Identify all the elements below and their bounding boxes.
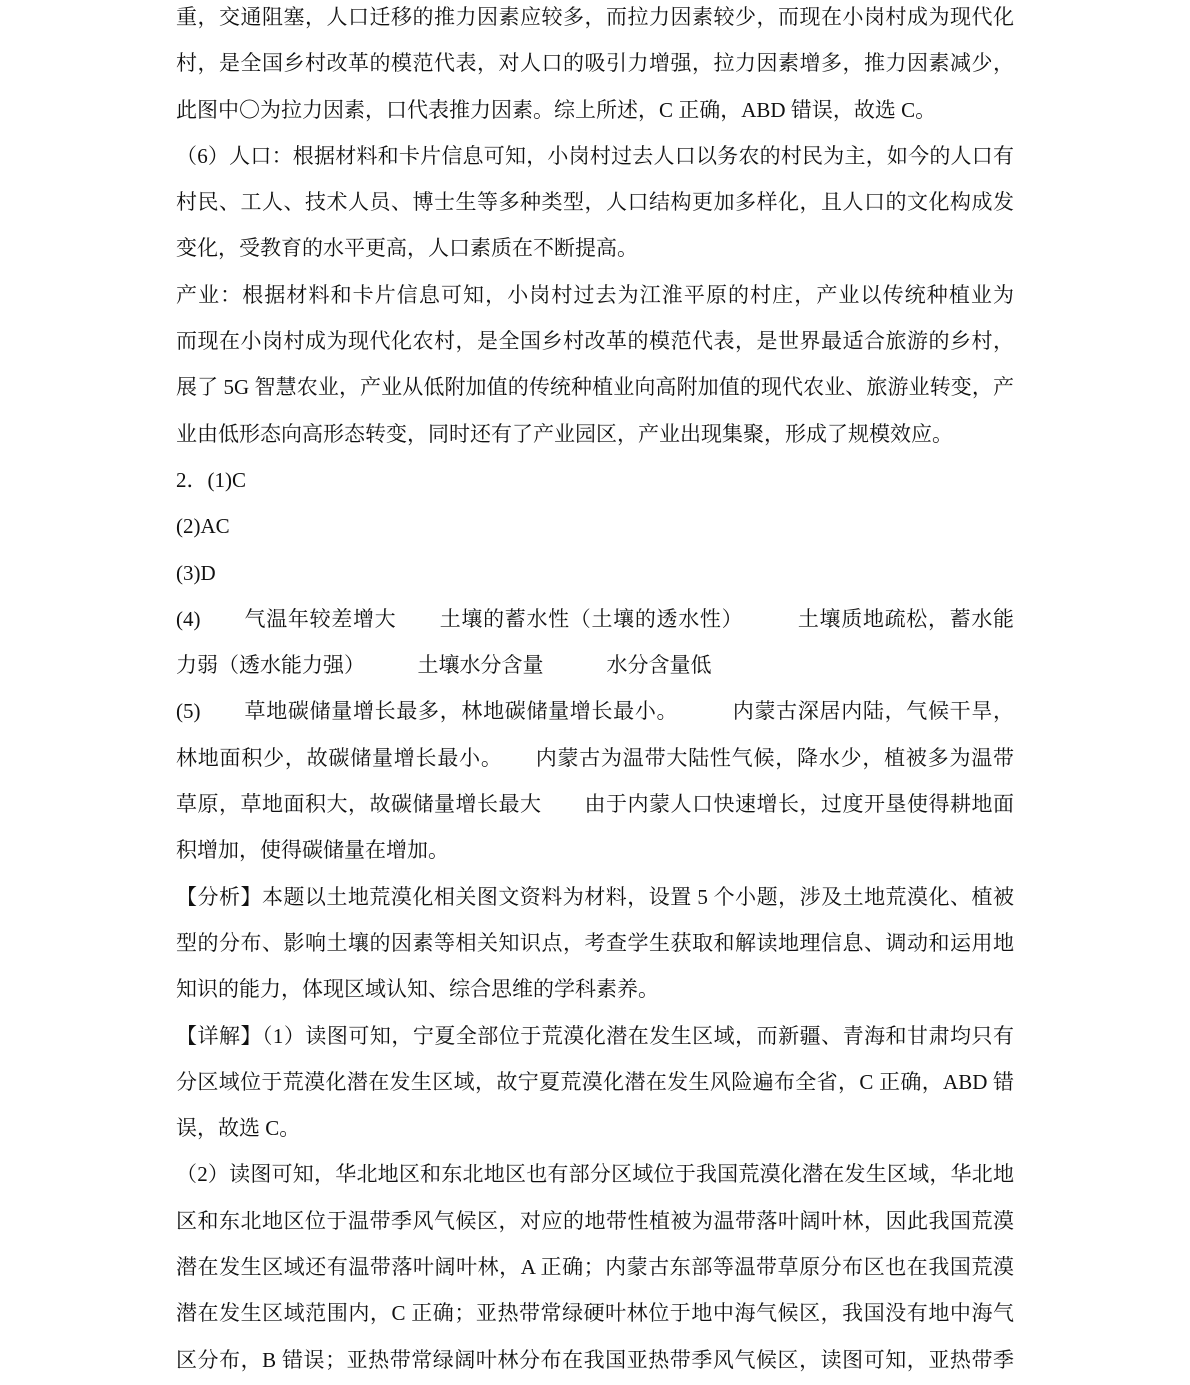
text-line: (4) 气温年较差增大 土壤的蓄水性（土壤的透水性） 土壤质地疏松，蓄水能 — [176, 596, 1014, 642]
text-line: 展了 5G 智慧农业，产业从低附加值的传统种植业向高附加值的现代农业、旅游业转变… — [176, 364, 1014, 410]
text-line: 2．(1)C — [176, 457, 1014, 503]
text-line: 区分布，B 错误；亚热带常绿阔叶林分布在我国亚热带季风气候区，读图可知，亚热带季… — [176, 1337, 1014, 1383]
text-line: 而现在小岗村成为现代化农村，是全国乡村改革的模范代表，是世界最适合旅游的乡村，发 — [176, 318, 1014, 364]
text-line: 重，交通阻塞，人口迁移的推力因素应较多，而拉力因素较少，而现在小岗村成为现代化农 — [176, 0, 1014, 40]
document-body: 重，交通阻塞，人口迁移的推力因素应较多，而拉力因素较少，而现在小岗村成为现代化农… — [176, 0, 1014, 1383]
text-line: 积增加，使得碳储量在增加。 — [176, 827, 1014, 873]
document-page: 重，交通阻塞，人口迁移的推力因素应较多，而拉力因素较少，而现在小岗村成为现代化农… — [0, 0, 1190, 1385]
text-line: 力弱（透水能力强） 土壤水分含量 水分含量低 — [176, 642, 1014, 688]
text-line: （2）读图可知，华北地区和东北地区也有部分区域位于我国荒漠化潜在发生区域，华北地 — [176, 1151, 1014, 1197]
text-line: 【详解】（1）读图可知，宁夏全部位于荒漠化潜在发生区域，而新疆、青海和甘肃均只有… — [176, 1013, 1014, 1059]
text-line: (3)D — [176, 550, 1014, 596]
text-line: （6）人口：根据材料和卡片信息可知，小岗村过去人口以务农的村民为主，如今的人口有 — [176, 133, 1014, 179]
text-line: 潜在发生区域范围内，C 正确；亚热带常绿硬叶林位于地中海气候区，我国没有地中海气… — [176, 1290, 1014, 1336]
text-line: 型的分布、影响土壤的因素等相关知识点，考查学生获取和解读地理信息、调动和运用地理 — [176, 920, 1014, 966]
text-line: 产业：根据材料和卡片信息可知，小岗村过去为江淮平原的村庄，产业以传统种植业为主， — [176, 272, 1014, 318]
text-line: 误，故选 C。 — [176, 1105, 1014, 1151]
text-line: 【分析】本题以土地荒漠化相关图文资料为材料，设置 5 个小题，涉及土地荒漠化、植… — [176, 874, 1014, 920]
text-line: 草原，草地面积大，故碳储量增长最大 由于内蒙人口快速增长，过度开垦使得耕地面 — [176, 781, 1014, 827]
text-line: 分区域位于荒漠化潜在发生区域，故宁夏荒漠化潜在发生风险遍布全省，C 正确，ABD… — [176, 1059, 1014, 1105]
text-line: (2)AC — [176, 503, 1014, 549]
text-line: 变化，受教育的水平更高，人口素质在不断提高。 — [176, 225, 1014, 271]
text-line: (5) 草地碳储量增长最多，林地碳储量增长最小。 内蒙古深居内陆，气候干旱， — [176, 688, 1014, 734]
text-line: 村，是全国乡村改革的模范代表，对人口的吸引力增强，拉力因素增多，推力因素减少，因 — [176, 40, 1014, 86]
text-line: 知识的能力，体现区域认知、综合思维的学科素养。 — [176, 966, 1014, 1012]
text-line: 区和东北地区位于温带季风气候区，对应的地带性植被为温带落叶阔叶林，因此我国荒漠化 — [176, 1198, 1014, 1244]
text-line: 林地面积少，故碳储量增长最小。 内蒙古为温带大陆性气候，降水少，植被多为温带 — [176, 735, 1014, 781]
text-line: 此图中〇为拉力因素，口代表推力因素。综上所述，C 正确，ABD 错误，故选 C。 — [176, 87, 1014, 133]
text-line: 业由低形态向高形态转变，同时还有了产业园区，产业出现集聚，形成了规模效应。 — [176, 411, 1014, 457]
text-line: 潜在发生区域还有温带落叶阔叶林，A 正确；内蒙古东部等温带草原分布区也在我国荒漠… — [176, 1244, 1014, 1290]
text-line: 村民、工人、技术人员、博士生等多种类型，人口结构更加多样化，且人口的文化构成发生 — [176, 179, 1014, 225]
